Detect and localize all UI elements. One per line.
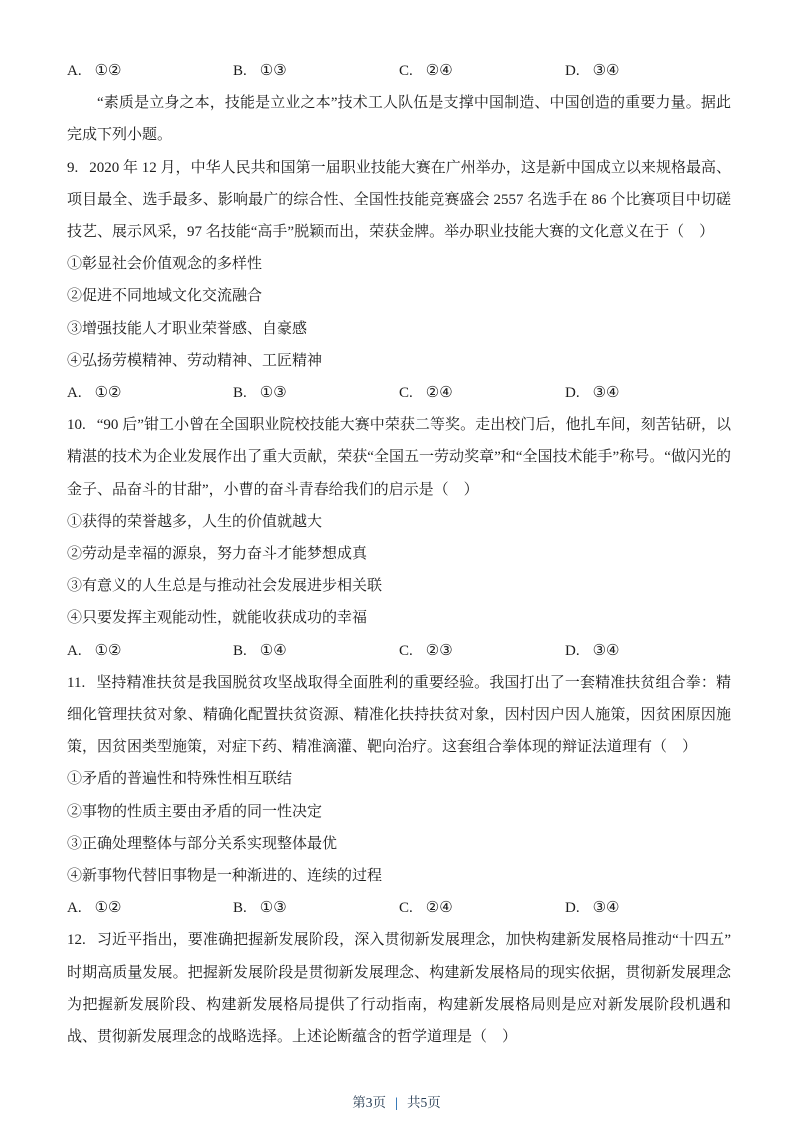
option-a-value: ①② <box>95 63 122 79</box>
question-9-option-a-letter: A. <box>67 385 95 401</box>
question-10-number: 10. <box>67 417 97 433</box>
question-11-text: 坚持精准扶贫是我国脱贫攻坚战取得全面胜利的重要经验。我国打出了一套精准扶贫组合拳… <box>67 675 731 755</box>
question-11-option-b: B.①③ <box>233 892 399 924</box>
question-9-option-c-letter: C. <box>399 385 426 401</box>
page-footer: 第3页|共5页 <box>0 1093 793 1113</box>
question-10-options-row: A.①② B.①④ C.②③ D.③④ <box>67 635 731 667</box>
question-12-stem: 12.习近平指出，要准确把握新发展阶段，深入贯彻新发展理念，加快构建新发展格局推… <box>67 924 731 1053</box>
question-12: 12.习近平指出，要准确把握新发展阶段，深入贯彻新发展理念，加快构建新发展格局推… <box>67 924 731 1053</box>
question-9-option-d: D.③④ <box>565 377 731 409</box>
question-9: 9.2020 年 12 月，中华人民共和国第一届职业技能大赛在广州举办，这是新中… <box>67 152 731 410</box>
question-10-option-b-value: ①④ <box>260 643 287 659</box>
question-10-option-c: C.②③ <box>399 635 565 667</box>
question-9-option-c: C.②④ <box>399 377 565 409</box>
question-9-options-row: A.①② B.①③ C.②④ D.③④ <box>67 377 731 409</box>
question-11-option-d-letter: D. <box>565 900 593 916</box>
question-10-stem: 10.“90 后”钳工小曾在全国职业院校技能大赛中荣获二等奖。走出校门后，他扎车… <box>67 409 731 506</box>
question-11-option-a-letter: A. <box>67 900 95 916</box>
option-b: B.①③ <box>233 55 399 87</box>
question-9-option-d-value: ③④ <box>593 385 620 401</box>
question-10-option-b-letter: B. <box>233 643 260 659</box>
total-pages-label: 共5页 <box>407 1095 441 1110</box>
question-12-text: 习近平指出，要准确把握新发展阶段，深入贯彻新发展理念，加快构建新发展格局推动“十… <box>67 932 731 1045</box>
question-10-option-c-value: ②③ <box>426 643 453 659</box>
option-c: C.②④ <box>399 55 565 87</box>
question-11-number: 11. <box>67 675 96 691</box>
question-9-option-a: A.①② <box>67 377 233 409</box>
current-page-label: 第3页 <box>352 1095 386 1110</box>
question-11-options-row: A.①② B.①③ C.②④ D.③④ <box>67 892 731 924</box>
question-10-option-d: D.③④ <box>565 635 731 667</box>
option-a-letter: A. <box>67 63 95 79</box>
question-10-option-d-letter: D. <box>565 643 593 659</box>
question-10-text: “90 后”钳工小曾在全国职业院校技能大赛中荣获二等奖。走出校门后，他扎车间，刻… <box>67 417 731 497</box>
question-11-option-b-letter: B. <box>233 900 260 916</box>
question-11-option-d-value: ③④ <box>593 900 620 916</box>
question-11: 11.坚持精准扶贫是我国脱贫攻坚战取得全面胜利的重要经验。我国打出了一套精准扶贫… <box>67 667 731 925</box>
question-10-option-a: A.①② <box>67 635 233 667</box>
question-11-item-1: ①矛盾的普遍性和特殊性相互联结 <box>67 763 731 795</box>
question-9-item-3: ③增强技能人才职业荣誉感、自豪感 <box>67 313 731 345</box>
question-11-option-a-value: ①② <box>95 900 122 916</box>
question-11-item-2: ②事物的性质主要由矛盾的同一性决定 <box>67 796 731 828</box>
question-10-option-a-value: ①② <box>95 643 122 659</box>
question-10: 10.“90 后”钳工小曾在全国职业院校技能大赛中荣获二等奖。走出校门后，他扎车… <box>67 409 731 667</box>
question-10-option-c-letter: C. <box>399 643 426 659</box>
question-11-item-3: ③正确处理整体与部分关系实现整体最优 <box>67 828 731 860</box>
option-b-letter: B. <box>233 63 260 79</box>
option-b-value: ①③ <box>260 63 287 79</box>
question-9-item-2: ②促进不同地域文化交流融合 <box>67 280 731 312</box>
question-11-option-a: A.①② <box>67 892 233 924</box>
question-10-option-b: B.①④ <box>233 635 399 667</box>
option-c-value: ②④ <box>426 63 453 79</box>
exam-content: A.①② B.①③ C.②④ D.③④ “素质是立身之本，技能是立业之本”技术工… <box>0 0 793 1053</box>
page-separator: | <box>386 1095 407 1110</box>
question-9-item-4: ④弘扬劳模精神、劳动精神、工匠精神 <box>67 345 731 377</box>
question-11-stem: 11.坚持精准扶贫是我国脱贫攻坚战取得全面胜利的重要经验。我国打出了一套精准扶贫… <box>67 667 731 764</box>
option-a: A.①② <box>67 55 233 87</box>
question-11-option-b-value: ①③ <box>260 900 287 916</box>
question-10-item-2: ②劳动是幸福的源泉，努力奋斗才能梦想成真 <box>67 538 731 570</box>
option-d: D.③④ <box>565 55 731 87</box>
question-10-item-3: ③有意义的人生总是与推动社会发展进步相关联 <box>67 570 731 602</box>
exam-page: A.①② B.①③ C.②④ D.③④ “素质是立身之本，技能是立业之本”技术工… <box>0 0 793 1122</box>
question-12-number: 12. <box>67 932 97 948</box>
question-10-item-4: ④只要发挥主观能动性，就能收获成功的幸福 <box>67 602 731 634</box>
question-9-item-1: ①彰显社会价值观念的多样性 <box>67 248 731 280</box>
question-9-option-b: B.①③ <box>233 377 399 409</box>
answer-options-row-previous: A.①② B.①③ C.②④ D.③④ <box>67 55 731 87</box>
question-9-option-b-value: ①③ <box>260 385 287 401</box>
question-9-option-c-value: ②④ <box>426 385 453 401</box>
question-10-option-d-value: ③④ <box>593 643 620 659</box>
question-11-option-d: D.③④ <box>565 892 731 924</box>
question-11-option-c-value: ②④ <box>426 900 453 916</box>
question-9-option-b-letter: B. <box>233 385 260 401</box>
option-d-letter: D. <box>565 63 593 79</box>
question-11-item-4: ④新事物代替旧事物是一种渐进的、连续的过程 <box>67 860 731 892</box>
question-9-option-a-value: ①② <box>95 385 122 401</box>
intro-paragraph: “素质是立身之本，技能是立业之本”技术工人队伍是支撑中国制造、中国创造的重要力量… <box>67 87 731 151</box>
question-9-stem: 9.2020 年 12 月，中华人民共和国第一届职业技能大赛在广州举办，这是新中… <box>67 152 731 249</box>
option-c-letter: C. <box>399 63 426 79</box>
question-9-option-d-letter: D. <box>565 385 593 401</box>
question-10-option-a-letter: A. <box>67 643 95 659</box>
option-d-value: ③④ <box>593 63 620 79</box>
question-11-option-c-letter: C. <box>399 900 426 916</box>
question-9-text: 2020 年 12 月，中华人民共和国第一届职业技能大赛在广州举办，这是新中国成… <box>67 160 731 240</box>
question-11-option-c: C.②④ <box>399 892 565 924</box>
question-9-number: 9. <box>67 160 89 176</box>
question-10-item-1: ①获得的荣誉越多，人生的价值就越大 <box>67 506 731 538</box>
